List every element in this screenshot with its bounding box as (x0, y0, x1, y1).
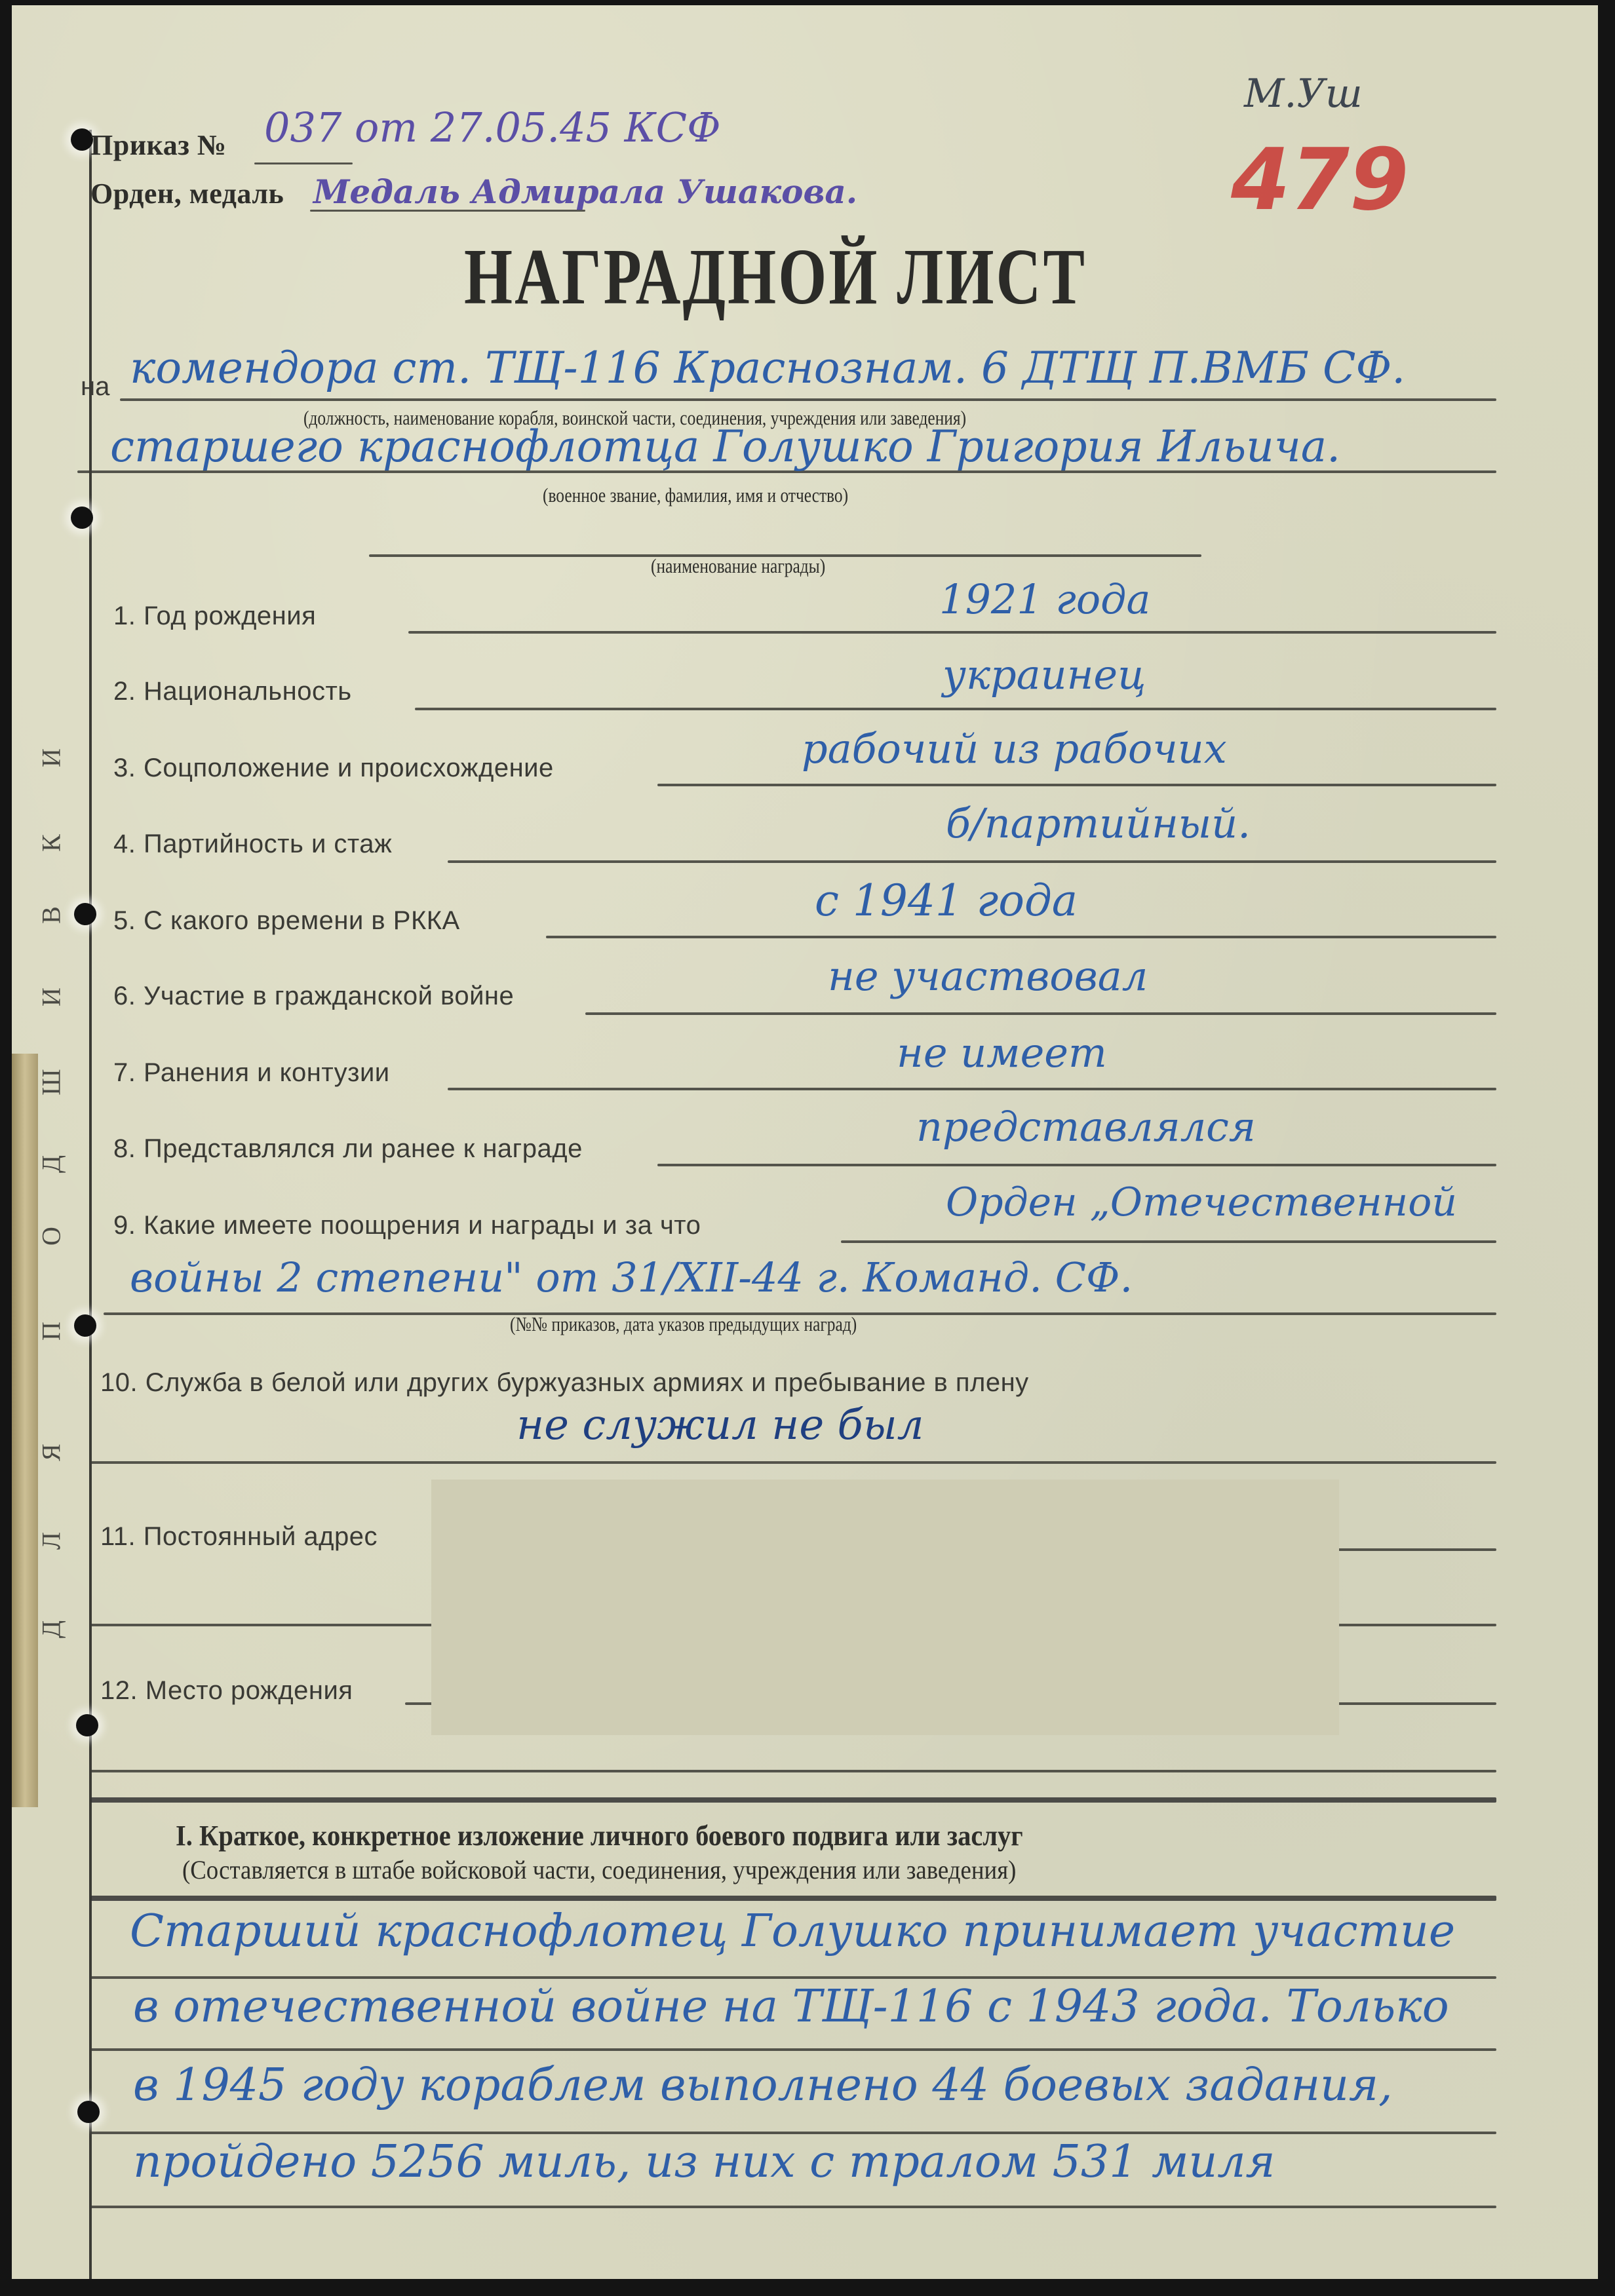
punch-hole (74, 1314, 96, 1337)
margin-letter: Я (36, 1433, 67, 1472)
punch-hole (77, 2101, 100, 2123)
item-line (657, 1164, 1496, 1166)
award-value: Медаль Адмирала Ушакова. (313, 172, 857, 211)
item-label: 4. Партийность и стаж (113, 830, 392, 859)
margin-letter: Д (36, 1145, 67, 1184)
name-caption: (военное звание, фамилия, имя и отчество… (543, 484, 848, 507)
item-label: 2. Национальность (113, 677, 352, 706)
item-value: не участвовал (828, 952, 1148, 1000)
item-value: не имеет (897, 1029, 1107, 1077)
section-divider (90, 1797, 1496, 1803)
section1-heading: I. Краткое, конкретное изложение личного… (176, 1819, 1023, 1852)
item-value: украинец (943, 651, 1146, 698)
order-label: Приказ № (90, 128, 227, 162)
body-rule (90, 1976, 1496, 1979)
margin-letter: П (36, 1312, 67, 1351)
item-value: рабочий из рабочих (802, 725, 1227, 773)
punch-hole (76, 1714, 98, 1736)
na-label: на (81, 372, 109, 402)
item-line (415, 708, 1496, 710)
item-line (90, 1461, 1496, 1464)
item-value-continued: войны 2 степени" от 31/XII-44 г. Команд.… (130, 1253, 1133, 1301)
award-sheet: Д Л Я П О Д Ш И В К И Приказ № 037 от 27… (12, 5, 1598, 2279)
item-label: 5. С какого времени в РККА (113, 906, 460, 936)
item-line-2 (90, 1770, 1496, 1772)
body-rule (90, 2132, 1496, 2134)
item-value: с 1941 года (815, 875, 1078, 926)
margin-rule (89, 130, 92, 2279)
item-label: 12. Место рождения (100, 1676, 353, 1706)
item-label: 11. Постоянный адрес (100, 1522, 378, 1552)
item-line (585, 1012, 1496, 1015)
margin-letter: В (36, 896, 67, 935)
corner-note: М.Уш (1244, 71, 1363, 117)
item-value: не служил не был (516, 1401, 924, 1449)
item-value: 1921 года (939, 575, 1150, 623)
position-line (120, 398, 1496, 401)
recipient-name: старшего краснофлотца Голушко Григория И… (110, 421, 1340, 472)
body-rule (90, 2206, 1496, 2208)
punch-hole (71, 128, 93, 151)
margin-letter: Д (36, 1610, 67, 1649)
item-value: б/партийный. (946, 799, 1251, 847)
body-rule (90, 2048, 1496, 2051)
item-label: 7. Ранения и контузии (113, 1058, 390, 1088)
award-name-caption: (наименование награды) (651, 554, 825, 578)
body-line: пройдено 5256 миль, из них с тралом 531 … (133, 2136, 1275, 2188)
body-line: в 1945 году кораблем выполнено 44 боевых… (133, 2059, 1393, 2111)
item-line (841, 1240, 1496, 1243)
margin-letter: И (36, 978, 67, 1017)
item-label: 1. Год рождения (113, 602, 316, 631)
item-line (408, 631, 1496, 634)
item-label: 3. Соцположение и происхождение (113, 754, 554, 783)
item-line (448, 1088, 1496, 1090)
punch-hole (74, 903, 96, 925)
body-line: Старший краснофлотец Голушко принимает у… (130, 1905, 1455, 1957)
item-label: 8. Представлялся ли ранее к награде (113, 1134, 583, 1164)
section1-subheading: (Составляется в штабе войсковой части, с… (182, 1854, 1016, 1885)
order-value: 037 от 27.05.45 КСФ (264, 104, 721, 151)
item-line (546, 936, 1496, 938)
margin-letter: О (36, 1217, 67, 1256)
item-value: Орден „Отечественной (946, 1179, 1457, 1225)
margin-letter: Ш (36, 1063, 67, 1102)
item-line (657, 784, 1496, 786)
margin-letter: К (36, 824, 67, 863)
item9-caption: (№№ приказов, дата указов предыдущих наг… (510, 1312, 857, 1336)
redacted-area (431, 1480, 1339, 1735)
order-underline (254, 163, 353, 164)
item-label: 6. Участие в гражданской войне (113, 982, 514, 1011)
section1-rule (90, 1896, 1496, 1901)
item-line (448, 860, 1496, 863)
red-pencil-number: 479 (1231, 130, 1409, 229)
item-value: представлялся (916, 1103, 1256, 1151)
margin-letter: Л (36, 1521, 67, 1561)
margin-letter: И (36, 738, 67, 778)
body-line: в отечественной войне на ТЩ-116 с 1943 г… (133, 1981, 1449, 2033)
punch-hole (71, 507, 93, 529)
document-title: НАГРАДНОЙ ЛИСТ (464, 231, 1087, 323)
binding-tape (12, 1054, 38, 1807)
position-value: комендора ст. ТЩ-116 Краснознам. 6 ДТЩ П… (130, 343, 1405, 393)
item-label: 10. Служба в белой или других буржуазных… (100, 1368, 1029, 1398)
item-label: 9. Какие имеете поощрения и награды и за… (113, 1211, 701, 1240)
award-label: Орден, медаль (90, 177, 284, 210)
